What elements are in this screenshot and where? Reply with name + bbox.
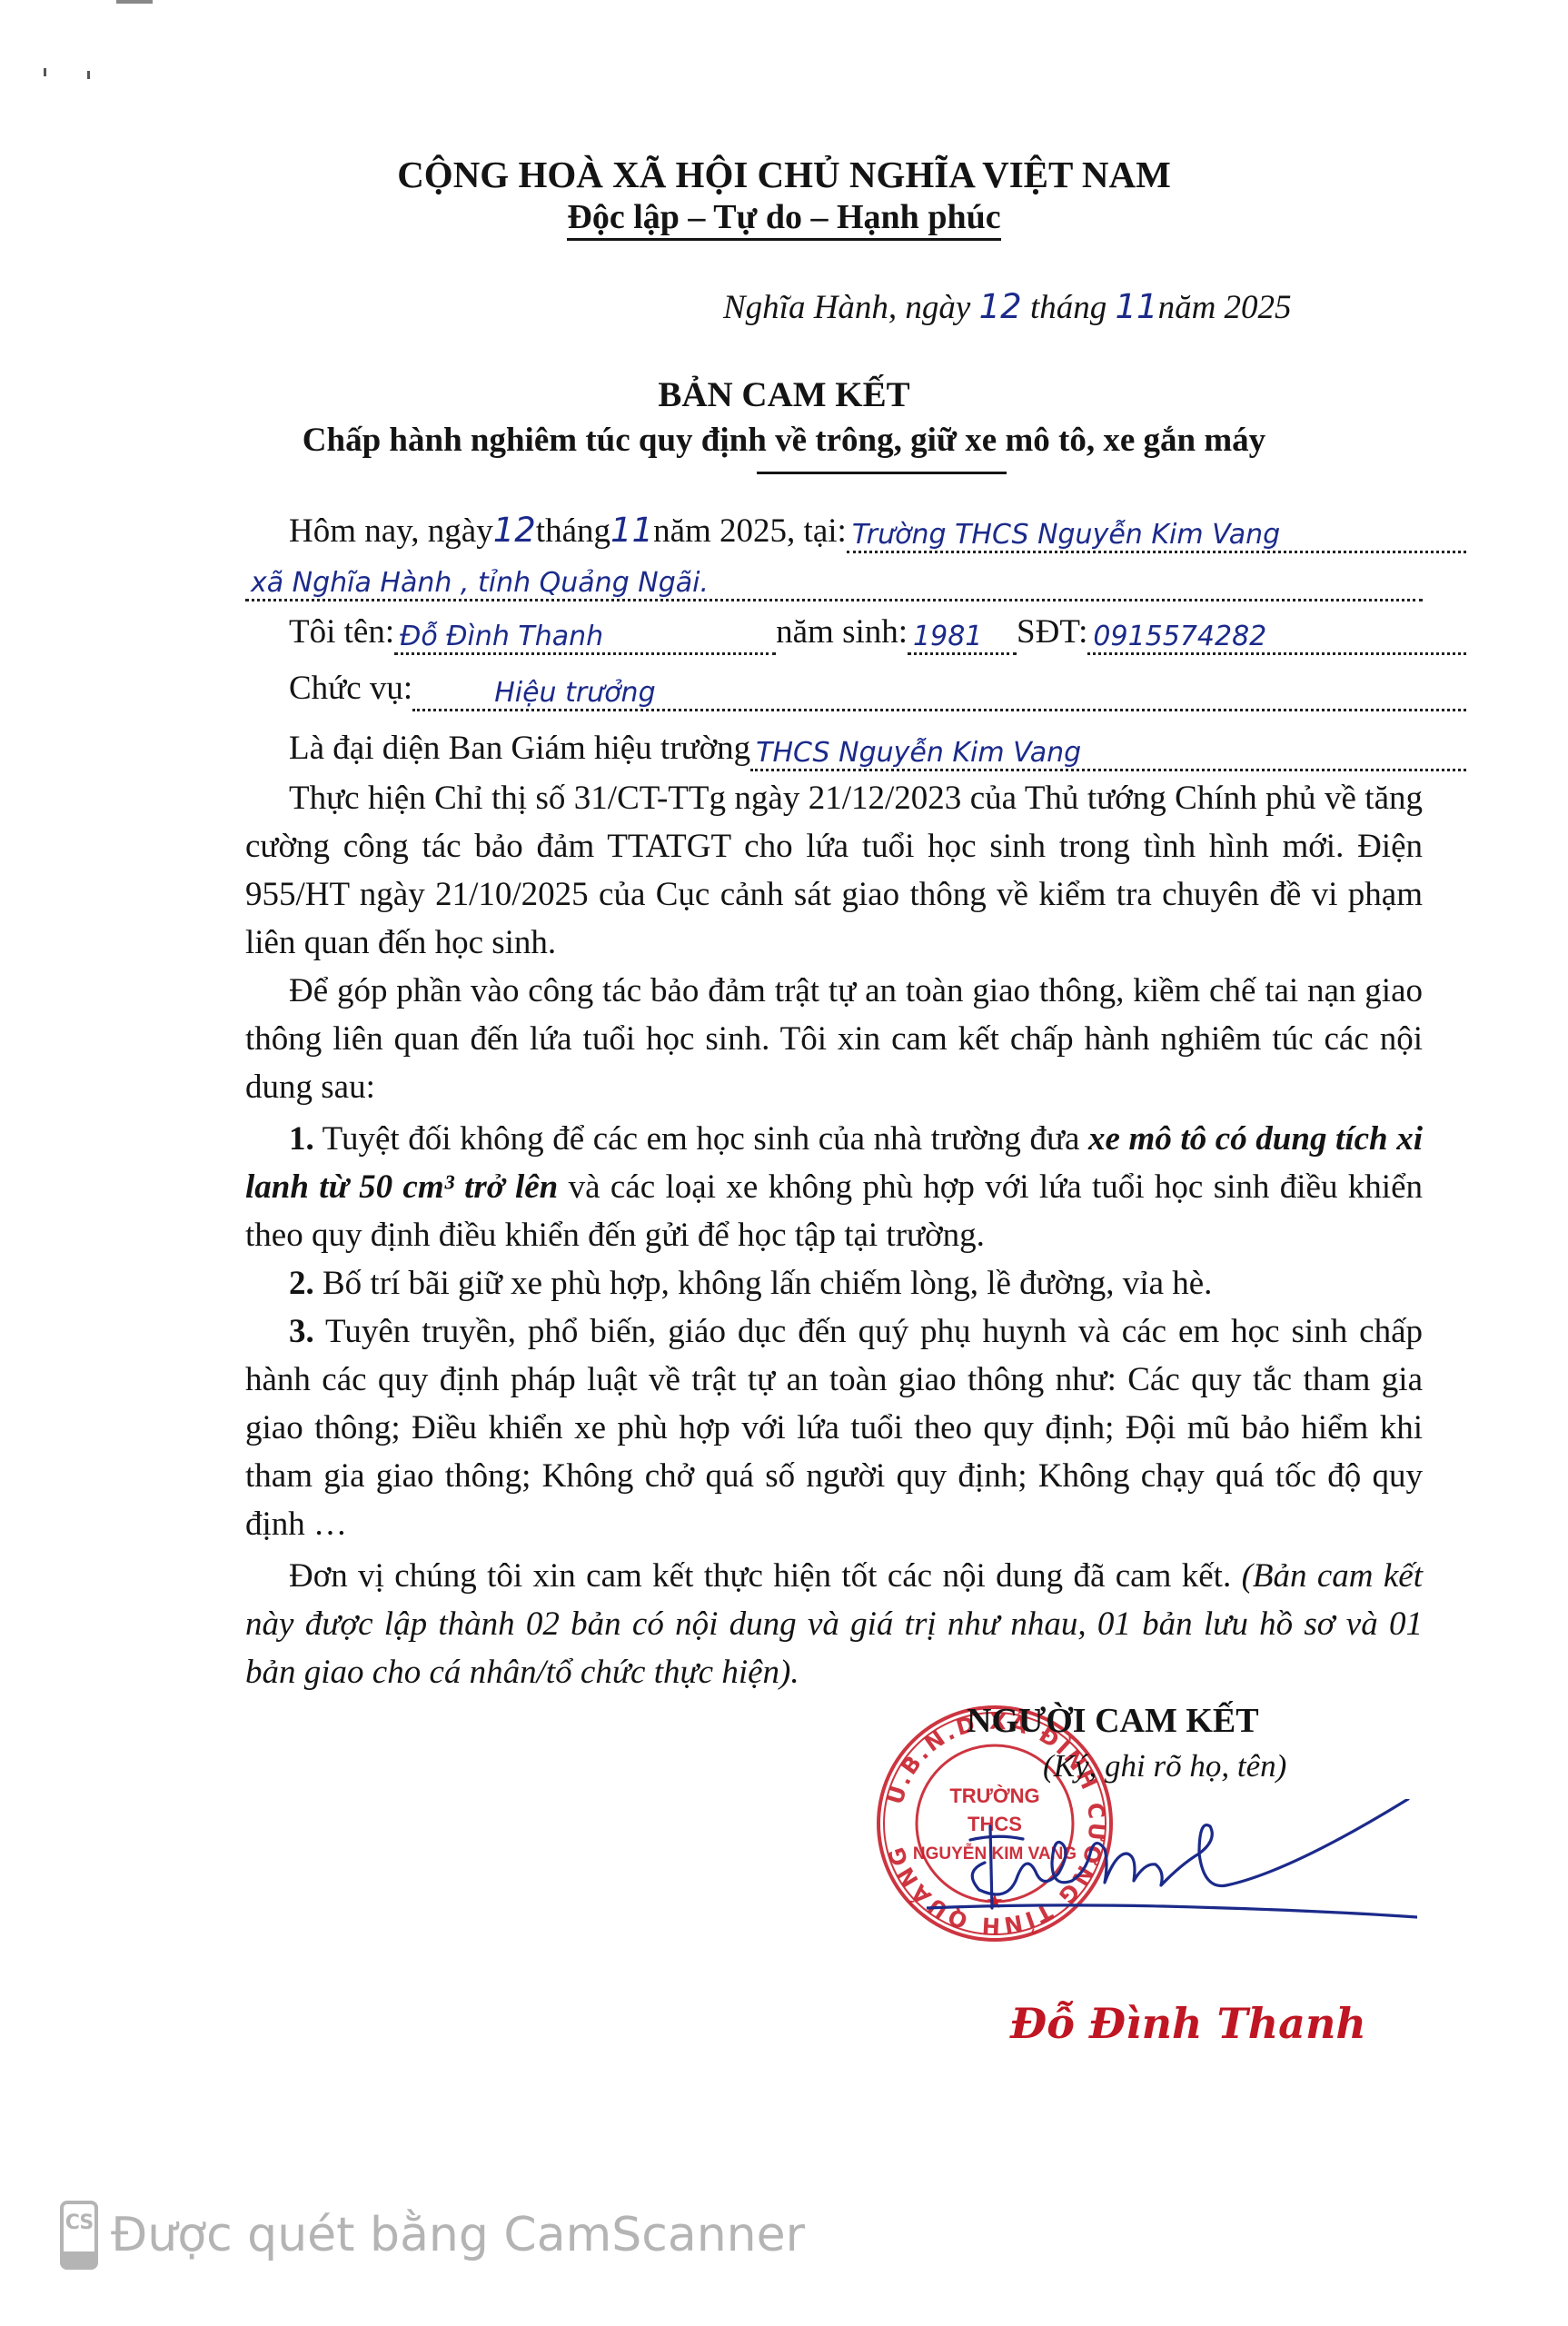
- date-day: 12: [979, 287, 1022, 326]
- label-position: Chức vụ:: [289, 669, 412, 708]
- handwritten-school: THCS Nguyễn Kim Vang: [756, 737, 1081, 769]
- handwritten-month: 11: [610, 511, 653, 550]
- item-1-text-a: Tuyệt đối không để các em học sinh của n…: [314, 1120, 1088, 1158]
- form-line-representative: Là đại diện Ban Giám hiệu trường THCS Ng…: [245, 729, 1466, 777]
- closing-paragraph: Đơn vị chúng tôi xin cam kết thực hiện t…: [245, 1552, 1423, 1696]
- position-fill-line: Hiệu trưởng: [412, 709, 1466, 711]
- location-fill-line: Trường THCS Nguyễn Kim Vang: [847, 551, 1466, 553]
- school-fill-line: THCS Nguyễn Kim Vang: [750, 769, 1466, 771]
- motto-text: Độc lập – Tự do – Hạnh phúc: [567, 198, 1000, 241]
- handwritten-phone: 0915574282: [1093, 621, 1266, 652]
- handwritten-signature: [927, 1799, 1417, 1926]
- date-month: 11: [1115, 287, 1157, 326]
- form-line-position: Chức vụ: Hiệu trưởng: [245, 669, 1466, 717]
- scan-speck: [87, 71, 90, 79]
- handwritten-location-2: xã Nghĩa Hành , tỉnh Quảng Ngãi.: [251, 567, 709, 599]
- camscanner-logo-text: CS: [65, 2212, 93, 2266]
- handwritten-location-1: Trường THCS Nguyễn Kim Vang: [852, 519, 1280, 551]
- paragraph-directive: Thực hiện Chỉ thị số 31/CT-TTg ngày 21/1…: [245, 774, 1423, 967]
- handwritten-day: 12: [493, 511, 536, 550]
- item-1-number: 1.: [289, 1120, 314, 1158]
- date-year: năm 2025: [1158, 289, 1292, 326]
- label-birth-year: năm sinh:: [776, 612, 908, 651]
- camscanner-logo-icon: CS: [60, 2201, 98, 2270]
- national-header: CỘNG HOÀ XÃ HỘI CHỦ NGHĨA VIỆT NAM: [0, 153, 1568, 196]
- signatory-title: NGƯỜI CAM KẾT: [967, 1701, 1259, 1741]
- body-text: Thực hiện Chỉ thị số 31/CT-TTg ngày 21/1…: [245, 774, 1423, 1696]
- commitment-item-2: 2. Bố trí bãi giữ xe phù hợp, không lấn …: [245, 1259, 1423, 1307]
- signed-name: Đỗ Đình Thanh: [1010, 1999, 1366, 2048]
- national-motto: Độc lập – Tự do – Hạnh phúc: [0, 197, 1568, 237]
- date-line: Nghĩa Hành, ngày 12 tháng 11năm 2025: [723, 287, 1292, 327]
- phone-fill-line: 0915574282: [1087, 652, 1466, 655]
- date-place: Nghĩa Hành, ngày: [723, 289, 979, 326]
- label-name: Tôi tên:: [289, 612, 394, 651]
- item-2-text: Bố trí bãi giữ xe phù hợp, không lấn chi…: [314, 1265, 1213, 1302]
- scan-speck: [44, 68, 46, 76]
- label-month: tháng: [536, 512, 610, 551]
- name-fill-line: Đỗ Đình Thanh: [394, 652, 776, 655]
- label-year-at: năm 2025, tại:: [653, 512, 847, 551]
- birth-fill-line: 1981: [908, 652, 1017, 655]
- date-month-label: tháng: [1022, 289, 1116, 326]
- paragraph-commitment-intro: Để góp phần vào công tác bảo đảm trật tự…: [245, 967, 1423, 1111]
- document-title: BẢN CAM KẾT: [0, 374, 1568, 415]
- commitment-item-3: 3. Tuyên truyền, phổ biến, giáo dục đến …: [245, 1307, 1423, 1548]
- label-phone: SĐT:: [1017, 612, 1087, 651]
- camscanner-text: Được quét bằng CamScanner: [111, 2208, 805, 2262]
- scan-speck: [116, 0, 153, 4]
- handwritten-name: Đỗ Đình Thanh: [400, 621, 603, 652]
- camscanner-watermark: CS Được quét bằng CamScanner: [60, 2201, 805, 2270]
- handwritten-birth-year: 1981: [913, 621, 982, 652]
- form-line-date-location: Hôm nay, ngày 12 tháng 11 năm 2025, tại:…: [245, 511, 1466, 559]
- item-3-number: 3.: [289, 1313, 314, 1350]
- form-line-location-cont: xã Nghĩa Hành , tỉnh Quảng Ngãi.: [245, 559, 1423, 607]
- document-subtitle: Chấp hành nghiêm túc quy định về trông, …: [0, 421, 1568, 460]
- handwritten-position: Hiệu trưởng: [494, 677, 655, 709]
- location-fill-line-2: xã Nghĩa Hành , tỉnh Quảng Ngãi.: [245, 599, 1423, 601]
- signatory-note: (Ký, ghi rõ họ, tên): [1043, 1748, 1286, 1784]
- closing-text: Đơn vị chúng tôi xin cam kết thực hiện t…: [289, 1557, 1242, 1595]
- form-line-name: Tôi tên: Đỗ Đình Thanh năm sinh: 1981 SĐ…: [245, 612, 1466, 661]
- item-2-number: 2.: [289, 1265, 314, 1302]
- subtitle-underline: [757, 472, 1007, 474]
- item-3-text: Tuyên truyền, phổ biến, giáo dục đến quý…: [245, 1313, 1423, 1543]
- label-today: Hôm nay, ngày: [289, 512, 493, 551]
- label-representative: Là đại diện Ban Giám hiệu trường: [289, 729, 750, 768]
- commitment-item-1: 1. Tuyệt đối không để các em học sinh củ…: [245, 1115, 1423, 1259]
